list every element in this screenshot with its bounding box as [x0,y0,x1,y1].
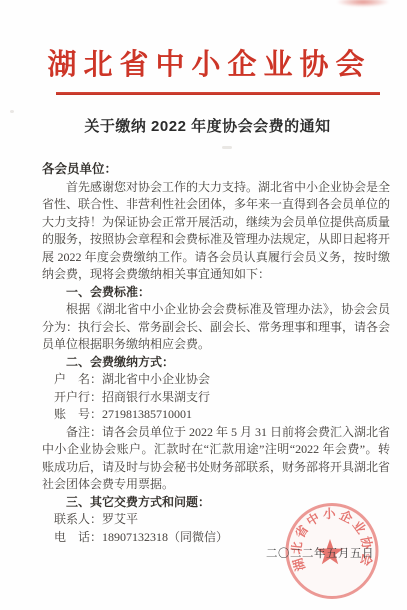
remark-paragraph: 备注：请各会员单位于 2022 年 5 月 31 日前将会费汇入湖北省中小企业协… [42,424,390,494]
account-name-line: 户 名：湖北省中小企业协会 [42,371,390,389]
contact-label: 联系人： [54,512,102,526]
bank-value: 招商银行水果湖支行 [102,390,210,404]
section1-body: 根据《湖北省中小企业协会会费标准及管理办法》，协会会员分为：执行会长、常务副会长… [42,301,390,354]
phone-label: 电 话： [54,530,102,544]
account-number-label: 账 号： [54,407,102,421]
account-number-value: 271981385710001 [102,407,192,421]
bank-label: 开户行： [54,390,102,404]
bank-line: 开户行：招商银行水果湖支行 [42,389,390,407]
org-name-header: 湖北省中小企业协会 [0,46,407,84]
document-page: 湖北省中小企业协会 关于缴纳 2022 年度协会会费的通知 各会员单位： 首先感… [0,0,407,610]
scan-smudge [336,0,390,7]
contact-value: 罗艾平 [102,512,138,526]
salutation: 各会员单位： [42,161,390,179]
account-name-value: 湖北省中小企业协会 [102,372,210,386]
document-title: 关于缴纳 2022 年度协会会费的通知 [0,117,407,137]
section2-heading: 二、会费缴纳方式： [42,354,390,372]
scan-speck [222,146,232,149]
scan-speck [10,110,14,113]
document-date: 二〇二二年五月五日 [266,545,374,561]
account-name-label: 户 名： [54,372,102,386]
header-divider [56,92,380,95]
phone-value: 18907132318（同微信） [102,530,228,544]
section1-heading: 一、会费标准： [42,284,390,302]
document-body: 各会员单位： 首先感谢您对协会工作的大力支持。湖北省中小企业协会是全省性、联合性… [42,161,390,546]
intro-paragraph: 首先感谢您对协会工作的大力支持。湖北省中小企业协会是全省性、联合性、非营利性社会… [42,179,390,284]
account-number-line: 账 号：271981385710001 [42,406,390,424]
